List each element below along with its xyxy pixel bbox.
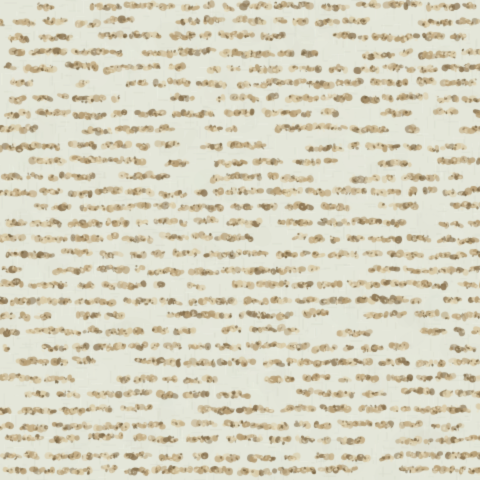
fabric-texture-canvas	[0, 0, 480, 480]
fabric-swatch	[0, 0, 480, 480]
